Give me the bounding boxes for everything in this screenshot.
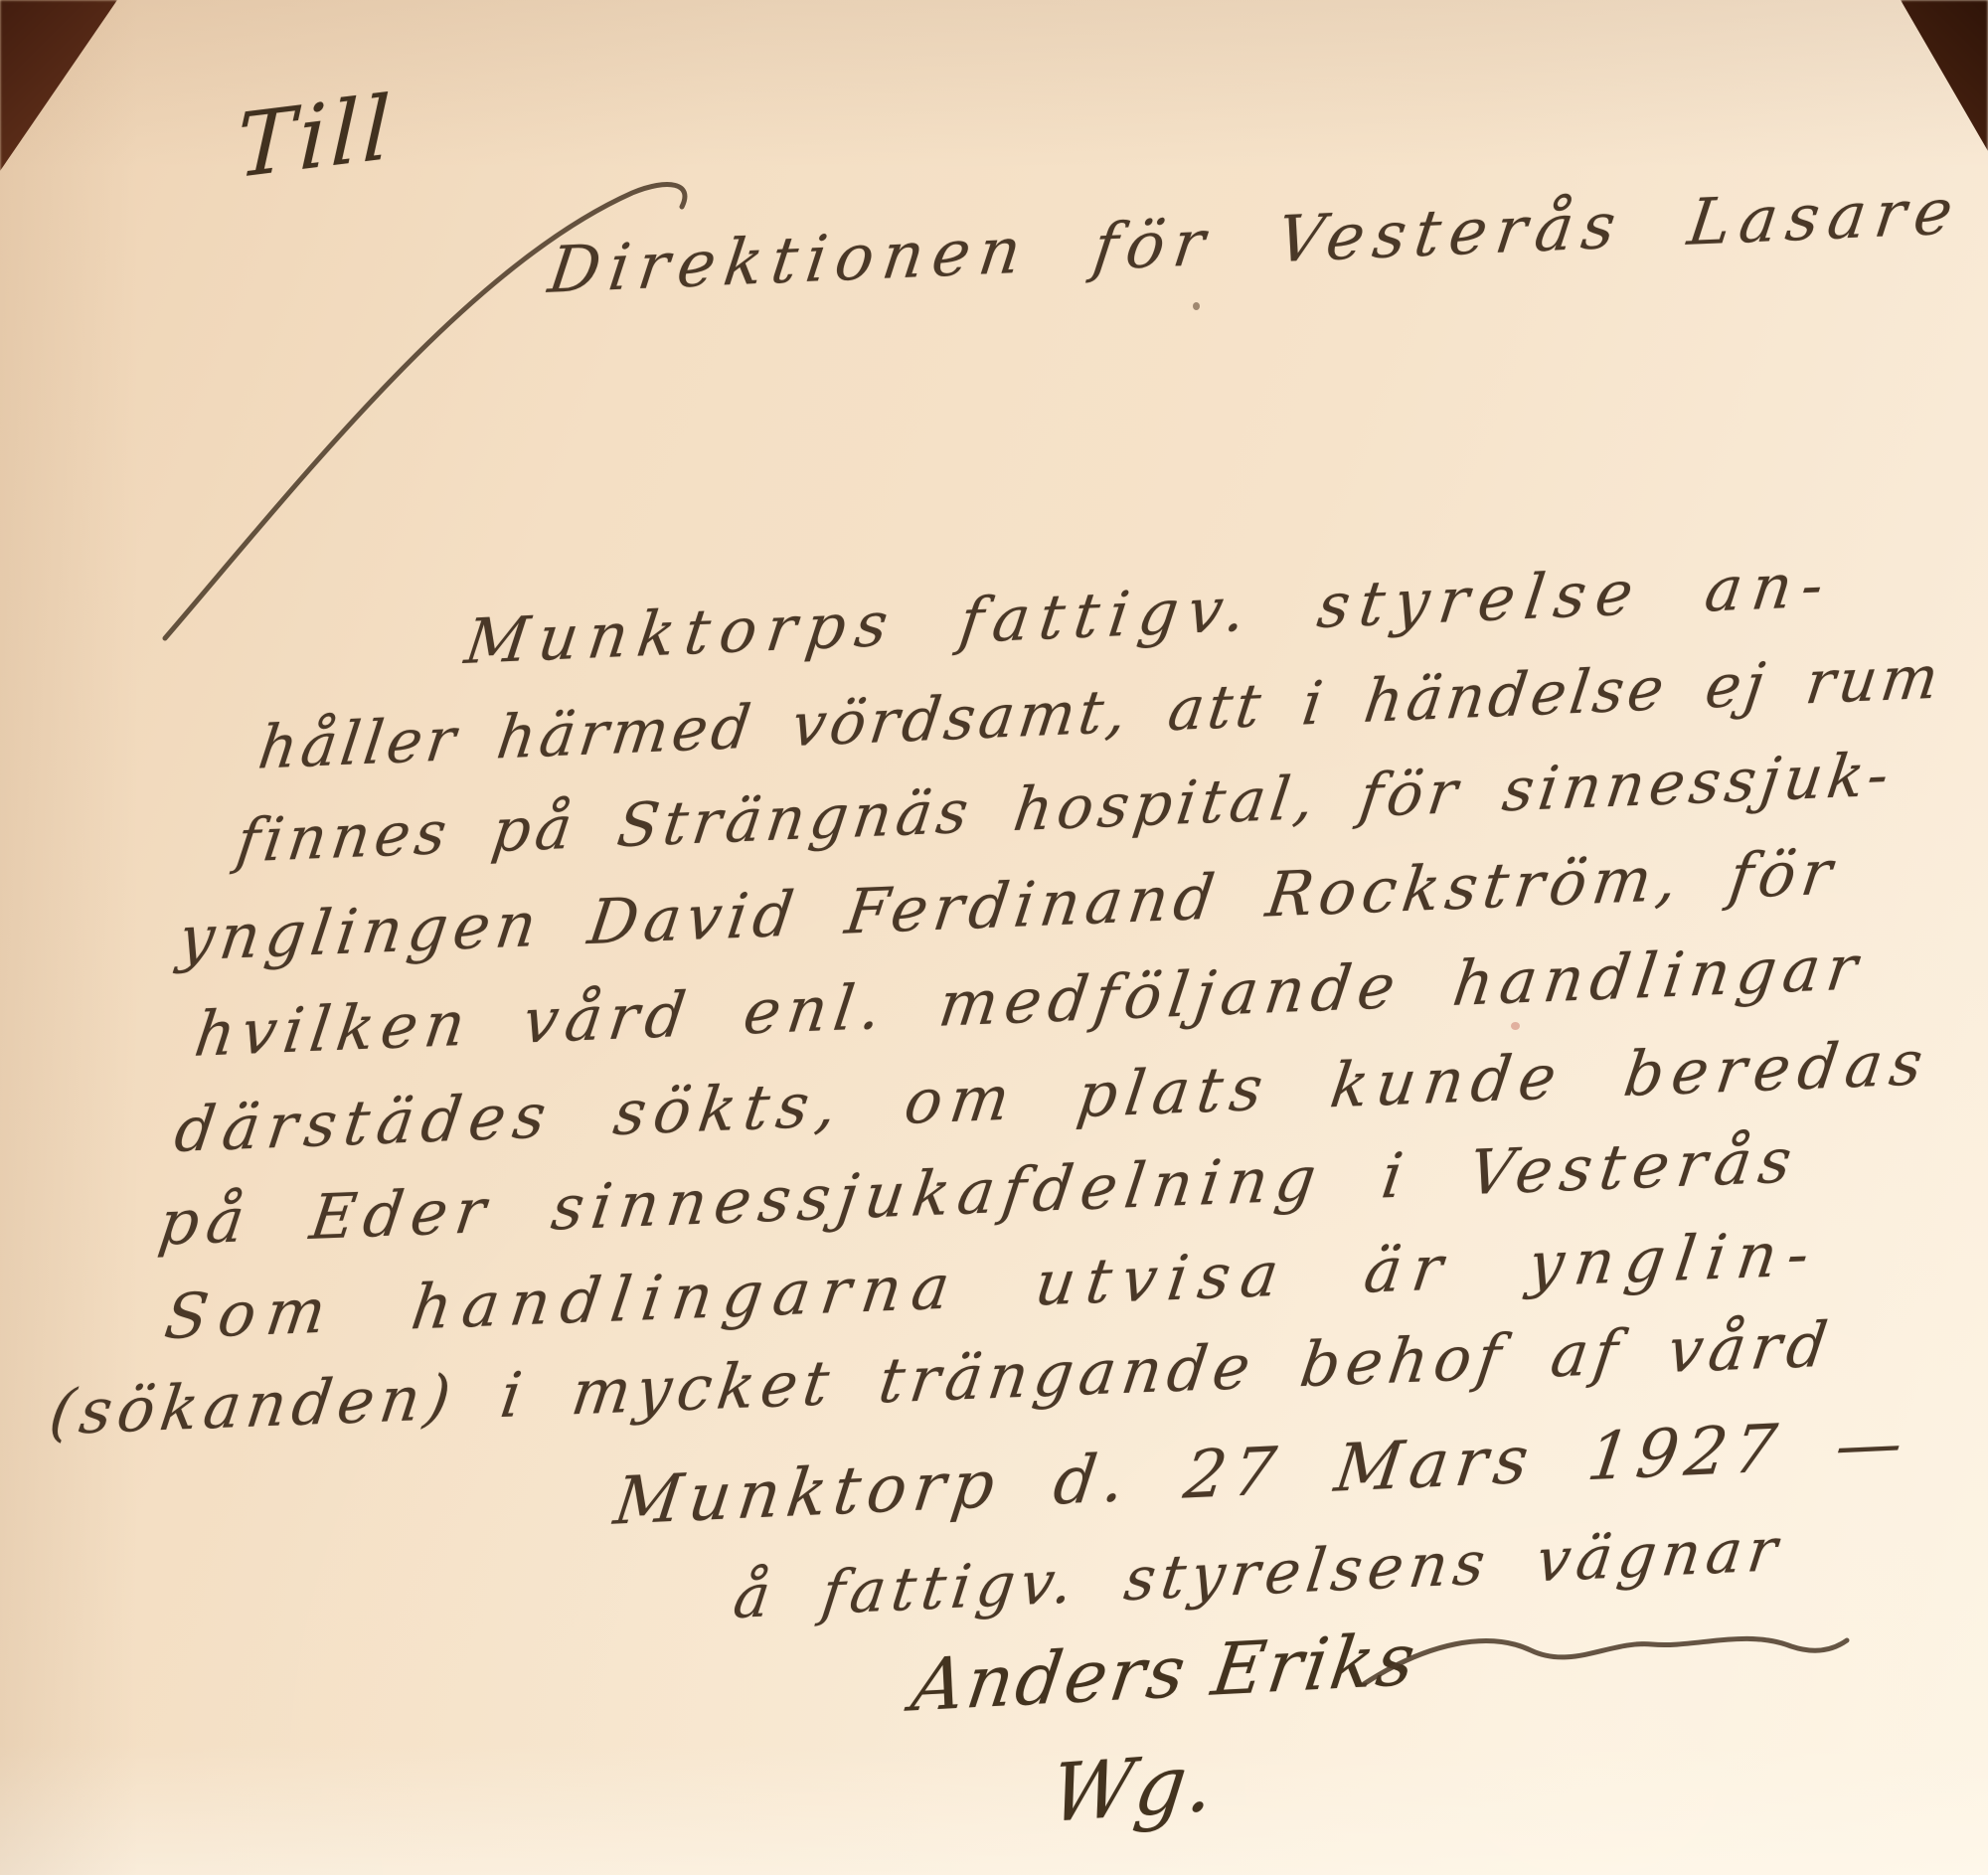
letter-page: Till Direktionen för Vesterås Lasare Mun… — [0, 0, 1988, 1875]
salutation-line: Till — [236, 76, 397, 199]
ink-speck — [1193, 302, 1200, 310]
signature-flourish — [1364, 1638, 1847, 1684]
signature: Anders Eriks — [907, 1617, 1422, 1727]
addressee-line: Direktionen för Vesterås Lasare — [545, 175, 1966, 308]
capacity-line: å fattigv. styrelsens vägnar — [730, 1515, 1787, 1632]
photo-corner-shadow-top-left — [0, 0, 117, 171]
signature-initials: Wg. — [1046, 1736, 1221, 1841]
ink-speck — [1511, 1022, 1520, 1030]
photo-corner-shadow-top-right — [1901, 0, 1988, 151]
